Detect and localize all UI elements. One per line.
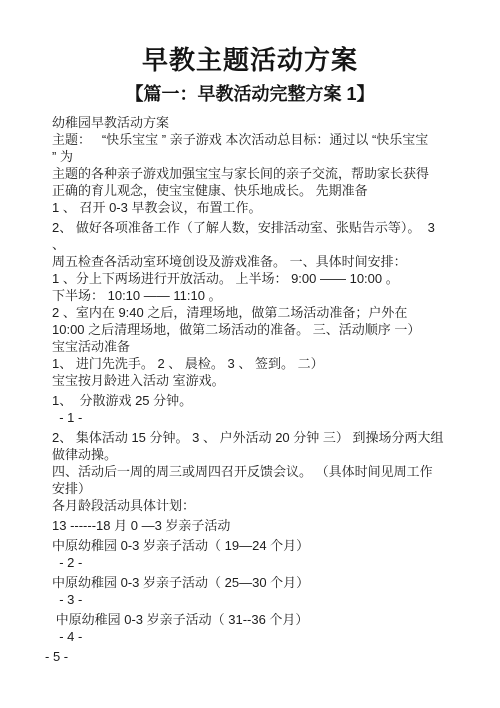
text-line: ” 为 <box>52 148 464 165</box>
text-line: 2、 做好各项准备工作（了解人数，安排活动室、张贴告示等）。 3 <box>52 219 464 236</box>
text-line: - 3 - <box>52 591 464 608</box>
text-line: 中原幼稚园 0-3 岁亲子活动（ 31--36 个月） <box>52 611 464 628</box>
text-line: 宝宝按月龄进入活动 室游戏。 <box>52 372 464 389</box>
document-subtitle: 【篇一：早教活动完整方案 1】 <box>0 83 500 105</box>
text-line: 中原幼稚园 0-3 岁亲子活动（ 19—24 个月） <box>52 537 464 554</box>
text-line: 各月龄段活动具体计划： <box>52 497 464 514</box>
document-body: 幼稚园早教活动方案主题： “快乐宝宝 ” 亲子游戏 本次活动总目标：通过以 “快… <box>0 114 500 665</box>
text-line: - 5 - <box>45 648 464 665</box>
text-line: 幼稚园早教活动方案 <box>52 114 464 131</box>
text-line: 主题： “快乐宝宝 ” 亲子游戏 本次活动总目标：通过以 “快乐宝宝 <box>52 131 464 148</box>
text-line: 1、 进门先洗手。 2 、 晨检。 3 、 签到。 二） <box>52 355 464 372</box>
text-line: 做律动操。 <box>52 446 464 463</box>
text-line: 、 <box>52 236 464 253</box>
document-page: 早教主题活动方案 【篇一：早教活动完整方案 1】 幼稚园早教活动方案主题： “快… <box>0 0 500 708</box>
text-line: - 4 - <box>52 628 464 645</box>
text-line: 正确的育儿观念，使宝宝健康、快乐地成长。 先期准备 <box>52 182 464 199</box>
text-line: 1、 分散游戏 25 分钟。 <box>52 392 464 409</box>
text-line: 1 、分上下两场进行开放活动。 上半场： 9:00 —— 10:00 。 <box>52 270 464 287</box>
text-line: 2、 集体活动 15 分钟。 3 、 户外活动 20 分钟 三） 到操场分两大组 <box>52 429 464 446</box>
text-line: 10:00 之后清理场地，做第二场活动的准备。 三、活动顺序 一） <box>52 321 464 338</box>
text-line: 宝宝活动准备 <box>52 338 464 355</box>
text-line: - 1 - <box>52 409 464 426</box>
document-title: 早教主题活动方案 <box>0 44 500 76</box>
text-line: 13 ------18 月 0 —3 岁亲子活动 <box>52 517 464 534</box>
text-line: 四、活动后一周的周三或周四召开反馈会议。 （具体时间见周工作 <box>52 463 464 480</box>
text-line: 2 、室内在 9:40 之后，清理场地，做第二场活动准备；户外在 <box>52 304 464 321</box>
text-line: - 2 - <box>52 554 464 571</box>
text-line: 1 、 召开 0-3 早教会议，布置工作。 <box>52 199 464 216</box>
text-line: 下半场： 10:10 —— 11:10 。 <box>52 287 464 304</box>
text-line: 安排） <box>52 480 464 497</box>
text-line: 周五检查各活动室环境创设及游戏准备。 一、具体时间安排： <box>52 253 464 270</box>
text-line: 中原幼稚园 0-3 岁亲子活动（ 25—30 个月） <box>52 574 464 591</box>
text-line: 主题的各种亲子游戏加强宝宝与家长间的亲子交流，帮助家长获得 <box>52 165 464 182</box>
